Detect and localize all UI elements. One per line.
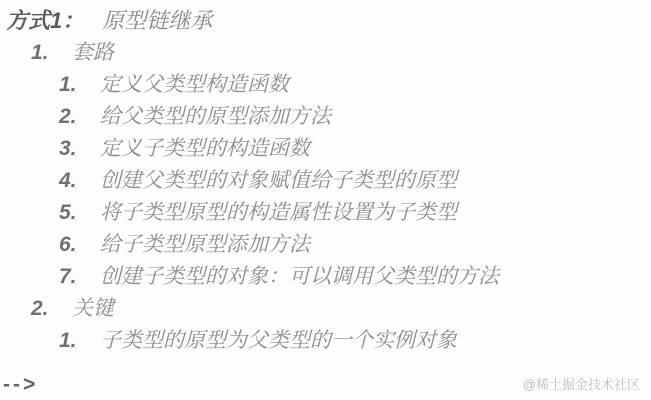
item-text: 将子类型原型的构造属性设置为子类型	[100, 197, 457, 229]
title-text: 原型链继承	[102, 4, 212, 37]
outline-item: 5. 将子类型原型的构造属性设置为子类型	[0, 197, 651, 229]
item-text: 定义父类型构造函数	[100, 69, 289, 101]
outline-item: 3. 定义子类型的构造函数	[0, 133, 651, 165]
item-text: 给父类型的原型添加方法	[100, 101, 331, 133]
outline-item: 1. 定义父类型构造函数	[0, 69, 651, 101]
item-text: 给子类型原型添加方法	[100, 229, 310, 261]
cursor-arrow-marker: -->	[3, 373, 38, 397]
item-number: 4.	[59, 165, 79, 197]
outline-item: 1. 子类型的原型为父类型的一个实例对象	[0, 325, 651, 357]
item-number: 1.	[59, 69, 79, 101]
page-title: 方式1： 原型链继承	[0, 4, 651, 37]
item-number: 1.	[59, 325, 79, 357]
outline-item: 6. 给子类型原型添加方法	[0, 229, 651, 261]
item-text: 套路	[72, 37, 114, 69]
notes-page: 方式1： 原型链继承 1. 套路 1. 定义父类型构造函数 2. 给父类型的原型…	[0, 0, 651, 400]
item-text: 子类型的原型为父类型的一个实例对象	[100, 325, 457, 357]
item-text: 创建父类型的对象赋值给子类型的原型	[100, 165, 457, 197]
outline-item: 4. 创建父类型的对象赋值给子类型的原型	[0, 165, 651, 197]
item-text: 定义子类型的构造函数	[100, 133, 310, 165]
outline-item: 2. 给父类型的原型添加方法	[0, 101, 651, 133]
item-number: 7.	[59, 261, 79, 293]
item-number: 1.	[31, 37, 51, 69]
item-number: 3.	[59, 133, 79, 165]
item-number: 6.	[59, 229, 79, 261]
outline-item: 2. 关键	[0, 293, 651, 325]
juejin-watermark: @稀土掘金技术社区	[523, 374, 640, 393]
item-text: 创建子类型的对象：可以调用父类型的方法	[100, 261, 499, 293]
item-number: 5.	[59, 197, 79, 229]
item-number: 2.	[59, 101, 79, 133]
item-number: 2.	[31, 293, 51, 325]
item-text: 关键	[72, 293, 114, 325]
outline-item: 7. 创建子类型的对象：可以调用父类型的方法	[0, 261, 651, 293]
title-prefix: 方式1：	[6, 4, 84, 37]
outline-item: 1. 套路	[0, 37, 651, 69]
